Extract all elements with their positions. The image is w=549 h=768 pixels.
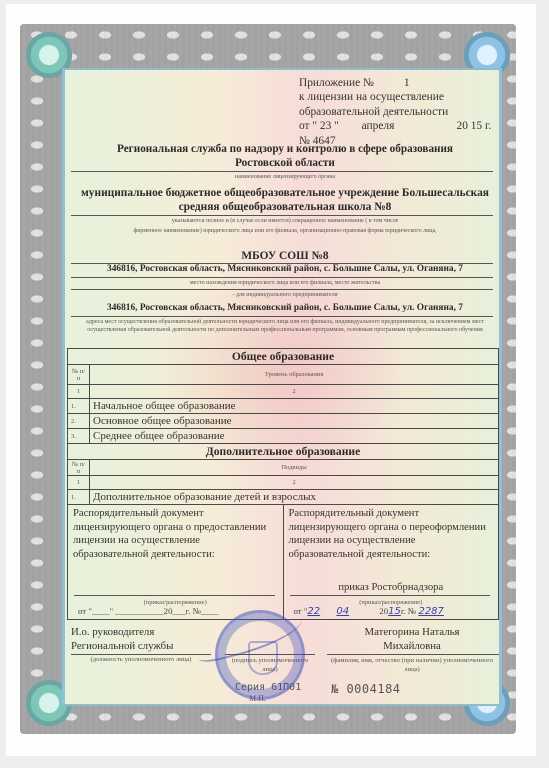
grant-document: Распорядительный документ лицензирующего… (68, 505, 283, 619)
col-num-header: № п/п (68, 365, 90, 385)
appendix-label: Приложение № (299, 77, 374, 89)
general-education-table: Общее образование № п/п Уровень образова… (67, 348, 499, 505)
appendix-line2: к лицензии на осуществление (299, 90, 499, 104)
col-level-header: Уровень образования (90, 365, 499, 385)
licensee-caption-2: фирменное наименование) юридического лиц… (65, 227, 505, 235)
license-appendix-body: Приложение №1 к лицензии на осуществлени… (62, 68, 502, 706)
appendix-date-year: 20 15 (457, 119, 483, 133)
education-level: Среднее общее образование (90, 429, 499, 444)
additional-education-title: Дополнительное образование (68, 444, 499, 460)
reissue-document: Распорядительный документ лицензирующего… (283, 505, 499, 619)
reissue-order-date: от "22 04 2015г. № 2287 (294, 605, 444, 619)
form-serial-number: № 0004184 (331, 682, 401, 696)
appendix-date-month: апреля (362, 119, 408, 133)
grant-document-text: Распорядительный документ лицензирующего… (73, 507, 278, 561)
table-row: 2. Основное общее образование (68, 414, 499, 429)
divider (71, 171, 493, 172)
divider (71, 289, 493, 290)
licensing-body-caption: наименование лицензирующего органа (65, 173, 505, 181)
licensing-body-name: Региональная служба по надзору и контрол… (65, 142, 505, 170)
general-education-title: Общее образование (68, 349, 499, 365)
signatory-position: И.о. руководителя Региональной службы (71, 626, 211, 653)
education-subtype: Дополнительное образование детей и взрос… (90, 490, 499, 505)
appendix-date: от " 23 " апреля 20 15 г. (299, 119, 499, 133)
appendix-header: Приложение №1 к лицензии на осуществлени… (299, 76, 499, 148)
education-level: Начальное общее образование (90, 399, 499, 414)
table-row: 3. Среднее общее образование (68, 429, 499, 444)
legal-address-caption-1: место нахождения юридического лица или е… (65, 279, 505, 287)
col-num-header: № п/п (68, 460, 90, 476)
divider (71, 277, 493, 278)
reissue-date-day: 22 (307, 606, 320, 617)
legal-address-caption-2: - для индивидуального предпринимателя (65, 291, 505, 299)
grant-order-date: от "____" ___________20___г. №____ (78, 605, 219, 619)
licensee-full-name: муниципальное бюджетное общеобразователь… (65, 186, 505, 214)
col-subtype-header: Подвиды (90, 460, 499, 476)
appendix-number: 1 (404, 77, 410, 89)
position-caption: (должность уполномоченного лица) (71, 656, 211, 663)
legal-address: 346816, Ростовская область, Мясниковский… (65, 264, 505, 274)
administrative-documents: Распорядительный документ лицензирующего… (67, 504, 499, 620)
reissue-order-name: приказ Ростобрнадзора (284, 581, 499, 595)
divider (71, 316, 493, 317)
name-caption: (фамилия, имя, отчество (при наличии) уп… (327, 656, 497, 674)
table-row: 1. Дополнительное образование детей и вз… (68, 490, 499, 505)
appendix-date-day: " 23 " (312, 120, 338, 132)
licensee-caption-1: указываются полное и (в случае если имее… (65, 217, 505, 225)
activity-address: 346816, Ростовская область, Мясниковский… (65, 303, 505, 313)
reissue-date-month: 04 (336, 606, 349, 617)
reissue-document-text: Распорядительный документ лицензирующего… (289, 507, 494, 561)
education-level: Основное общее образование (90, 414, 499, 429)
signatory-name: Матегорина Наталья Михайловна (327, 626, 497, 653)
appendix-line3: образовательной деятельности (299, 105, 499, 119)
reissue-date-year: 15 (388, 606, 401, 617)
activity-address-caption: адреса мест осуществления образовательно… (71, 318, 499, 334)
licensee-short-name: МБОУ СОШ №8 (65, 250, 505, 262)
reissue-order-number: 2287 (418, 606, 443, 617)
divider (71, 215, 493, 216)
document-sheet: Приложение №1 к лицензии на осуществлени… (6, 4, 536, 756)
table-row: 1. Начальное общее образование (68, 399, 499, 414)
